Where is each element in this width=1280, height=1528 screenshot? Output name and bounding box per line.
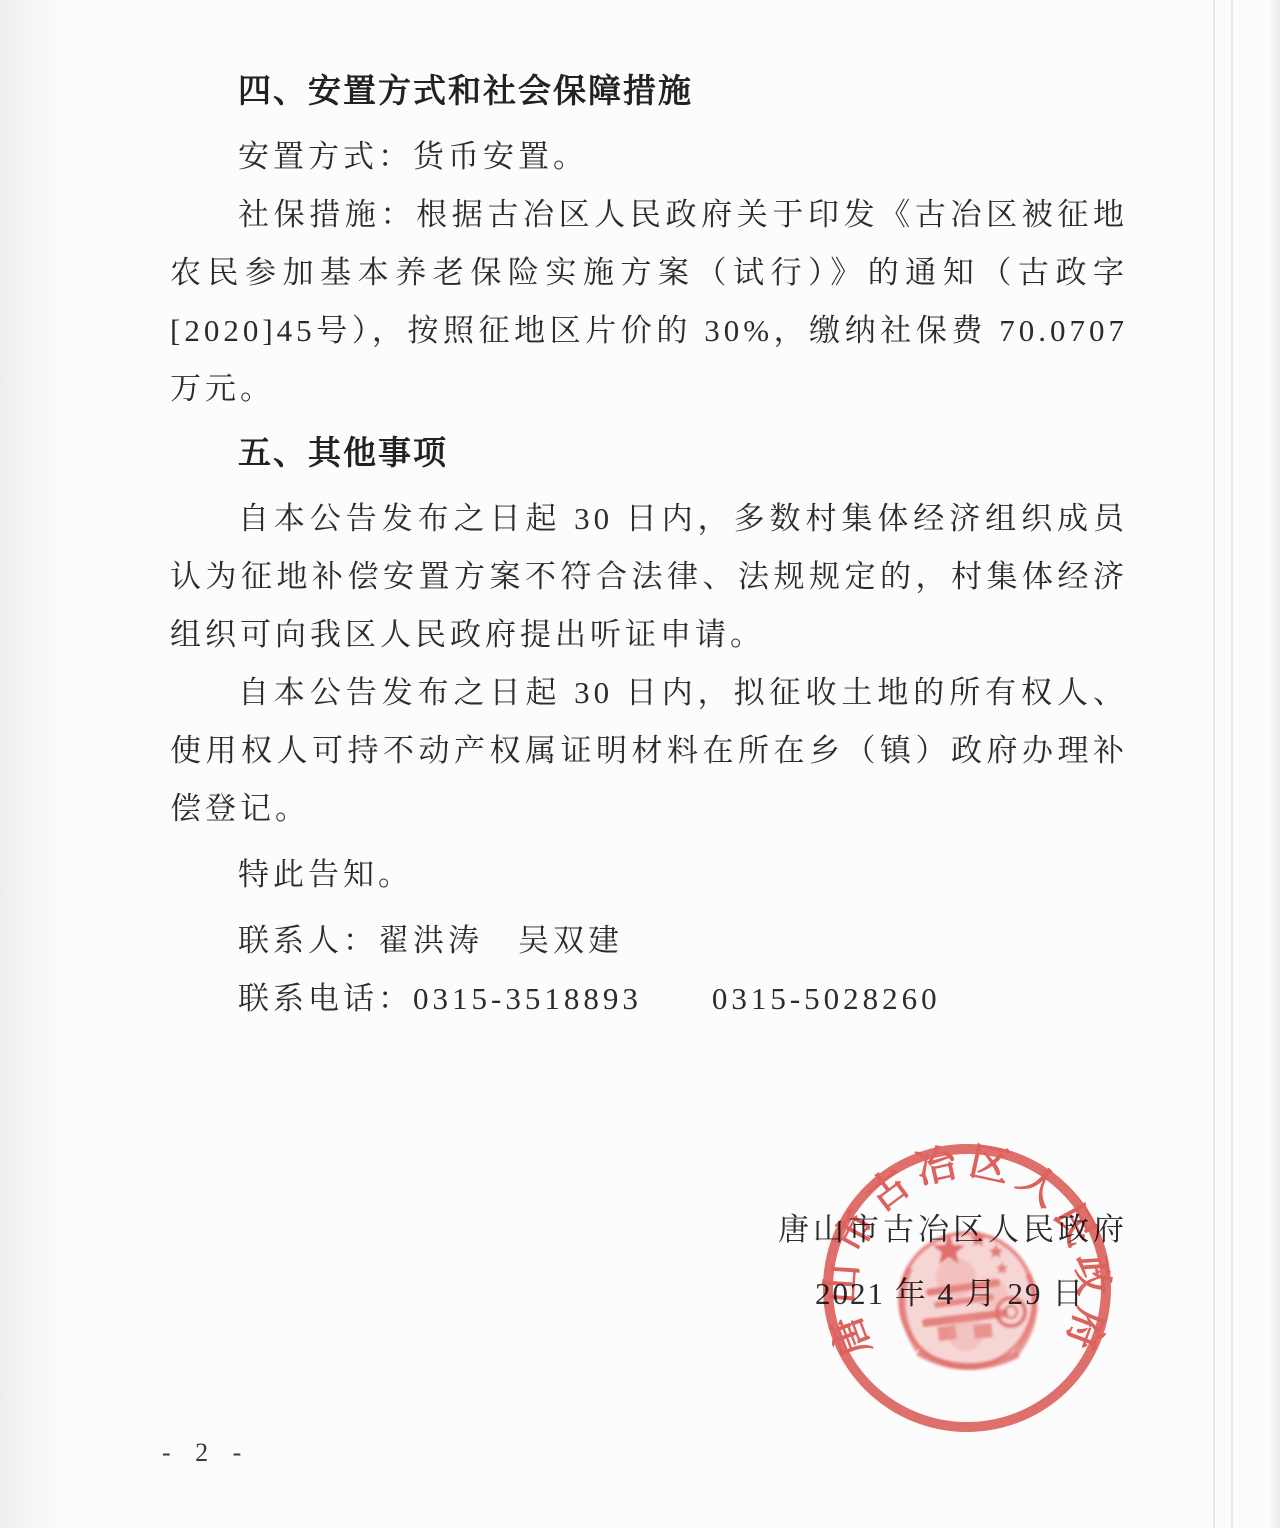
document-page: 四、安置方式和社会保障措施 安置方式：货币安置。 社保措施：根据古冶区人民政府关… [0, 0, 1280, 1528]
scan-edge-shadow-right [1268, 0, 1280, 1528]
scan-edge-shadow-left [0, 0, 70, 1528]
scan-artifact-line [1213, 0, 1215, 1528]
resettlement-paragraph: 安置方式：货币安置。 [170, 128, 1128, 186]
page-number: - 2 - [162, 1438, 250, 1468]
social-security-paragraph: 社保措施：根据古冶区人民政府关于印发《古冶区被征地农民参加基本养老保险实施方案（… [170, 186, 1128, 418]
closing-line: 特此告知。 [170, 846, 1128, 904]
contact-person-line: 联系人：翟洪涛 吴双建 [170, 912, 1128, 970]
section-five-heading: 五、其他事项 [170, 428, 1128, 478]
document-body: 四、安置方式和社会保障措施 安置方式：货币安置。 社保措施：根据古冶区人民政府关… [170, 56, 1128, 1028]
contact-phone-line: 联系电话：0315-3518893 0315-5028260 [170, 970, 1128, 1028]
scan-artifact-line [1231, 0, 1233, 1528]
section-four-heading: 四、安置方式和社会保障措施 [170, 66, 1128, 116]
signature-date: 2021 年 4 月 29 日 [815, 1268, 1085, 1313]
registration-paragraph: 自本公告发布之日起 30 日内，拟征收土地的所有权人、使用权人可持不动产权属证明… [170, 664, 1128, 838]
seal-text: 唐山市古冶区人民政府 [818, 1138, 1117, 1362]
issuer-signature: 唐山市古冶区人民政府 [778, 1204, 1128, 1249]
svg-text:唐山市古冶区人民政府: 唐山市古冶区人民政府 [818, 1138, 1117, 1362]
hearing-paragraph: 自本公告发布之日起 30 日内，多数村集体经济组织成员认为征地补偿安置方案不符合… [170, 490, 1128, 664]
